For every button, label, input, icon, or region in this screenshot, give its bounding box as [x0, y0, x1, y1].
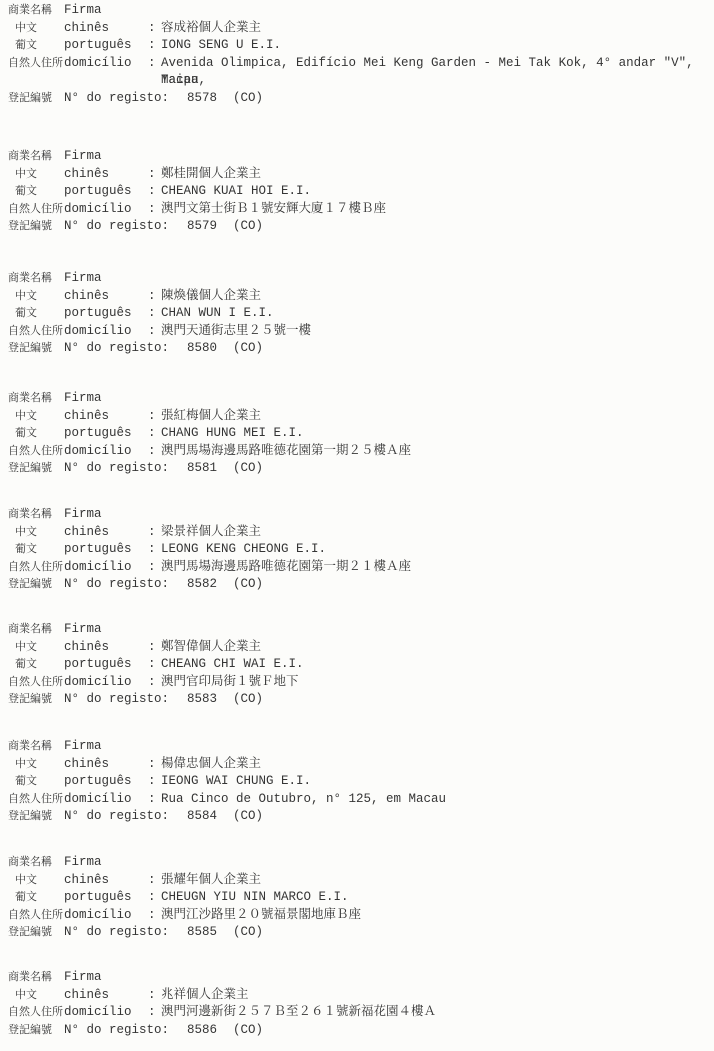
firma-label-zh: 商業名稱	[8, 855, 64, 873]
domicile-label-pt: domicílio	[64, 201, 148, 219]
colon-separator: :	[148, 408, 161, 426]
firma-label-zh: 商業名稱	[8, 149, 64, 167]
domicile-value: 澳門河邊新街２５７Ｂ至２６１號新福花園４樓Ａ	[161, 1004, 710, 1022]
registry-entry: 商業名稱 Firma 中文 chinês : 兆祥個人企業主 自然人住所 dom…	[8, 969, 710, 1039]
registry-number-row: 登記編號 N° do registo: 8581 (CO)	[8, 460, 710, 478]
colon-separator: :	[148, 987, 161, 1005]
registry-document-page: 商業名稱 Firma 中文 chinês : 容成裕個人企業主 葡文 portu…	[0, 0, 714, 1051]
domicile-label-pt: domicílio	[64, 674, 148, 692]
portuguese-name-value: IEONG WAI CHUNG E.I.	[161, 773, 710, 791]
portuguese-name-row: 葡文 português : IONG SENG U E.I.	[8, 37, 710, 55]
portuguese-name-value: CHEANG KUAI HOI E.I.	[161, 183, 710, 201]
registry-number-row: 登記編號 N° do registo: 8579 (CO)	[8, 218, 710, 236]
colon-separator: :	[148, 541, 161, 559]
portuguese-label-pt: português	[64, 425, 148, 443]
firma-row: 商業名稱 Firma	[8, 969, 710, 987]
chinese-name-value: 鄭桂開個人企業主	[161, 166, 710, 184]
firma-row: 商業名稱 Firma	[8, 854, 710, 872]
colon-separator: :	[148, 639, 161, 657]
registry-number-value: 8578	[187, 90, 217, 108]
domicile-label-pt: domicílio	[64, 323, 148, 341]
colon-separator: :	[148, 524, 161, 542]
chinese-label-zh: 中文	[8, 409, 64, 427]
domicile-row: 自然人住所 domicílio : 澳門馬場海邊馬路唯德花園第一期２５樓Ａ座	[8, 443, 710, 461]
registry-label-pt: N° do registo:	[64, 218, 169, 236]
domicile-continuation-row: Macau	[8, 72, 710, 90]
colon-separator: :	[148, 20, 161, 38]
chinese-name-value: 鄭智偉個人企業主	[161, 639, 710, 657]
domicile-value: Rua Cinco de Outubro, n° 125, em Macau	[161, 791, 710, 809]
domicile-label-pt: domicílio	[64, 55, 148, 73]
colon-separator: :	[148, 55, 161, 73]
domicile-value: 澳門馬場海邊馬路唯德花園第一期２５樓Ａ座	[161, 443, 710, 461]
registry-number-value: 8584	[187, 808, 217, 826]
registry-label-zh: 登記編號	[8, 577, 64, 595]
portuguese-name-value: CHAN WUN I E.I.	[161, 305, 710, 323]
registry-entry: 商業名稱 Firma 中文 chinês : 梁景祥個人企業主 葡文 portu…	[8, 506, 710, 594]
colon-separator: :	[148, 907, 161, 925]
firma-label-pt: Firma	[64, 738, 148, 756]
chinese-name-value: 容成裕個人企業主	[161, 20, 710, 38]
chinese-name-row: 中文 chinês : 楊偉忠個人企業主	[8, 756, 710, 774]
domicile-row: 自然人住所 domicílio : Avenida Olimpica, Edif…	[8, 55, 710, 73]
chinese-label-zh: 中文	[8, 21, 64, 39]
colon-separator: :	[148, 288, 161, 306]
domicile-label-zh: 自然人住所	[8, 675, 64, 693]
firma-label-pt: Firma	[64, 506, 148, 524]
chinese-name-row: 中文 chinês : 鄭智偉個人企業主	[8, 639, 710, 657]
firma-label-pt: Firma	[64, 270, 148, 288]
chinese-label-zh: 中文	[8, 988, 64, 1006]
firma-row: 商業名稱 Firma	[8, 738, 710, 756]
registry-suffix: (CO)	[233, 460, 263, 478]
registry-number-row: 登記編號 N° do registo: 8586 (CO)	[8, 1022, 710, 1040]
firma-row: 商業名稱 Firma	[8, 148, 710, 166]
chinese-label-pt: chinês	[64, 756, 148, 774]
colon-separator: :	[148, 872, 161, 890]
firma-label-pt: Firma	[64, 148, 148, 166]
firma-row: 商業名稱 Firma	[8, 270, 710, 288]
domicile-value: 澳門江沙路里２０號福景閣地庫Ｂ座	[161, 907, 710, 925]
registry-label-pt: N° do registo:	[64, 340, 169, 358]
chinese-name-value: 梁景祥個人企業主	[161, 524, 710, 542]
portuguese-name-row: 葡文 português : CHEUGN YIU NIN MARCO E.I.	[8, 889, 710, 907]
portuguese-label-pt: português	[64, 37, 148, 55]
chinese-label-zh: 中文	[8, 525, 64, 543]
portuguese-name-row: 葡文 português : IEONG WAI CHUNG E.I.	[8, 773, 710, 791]
portuguese-name-value: IONG SENG U E.I.	[161, 37, 710, 55]
portuguese-name-row: 葡文 português : CHEANG KUAI HOI E.I.	[8, 183, 710, 201]
portuguese-label-zh: 葡文	[8, 774, 64, 792]
registry-entry: 商業名稱 Firma 中文 chinês : 楊偉忠個人企業主 葡文 portu…	[8, 738, 710, 826]
registry-entry: 商業名稱 Firma 中文 chinês : 陳煥儀個人企業主 葡文 portu…	[8, 270, 710, 358]
portuguese-label-pt: português	[64, 183, 148, 201]
domicile-label-pt: domicílio	[64, 791, 148, 809]
domicile-label-zh: 自然人住所	[8, 560, 64, 578]
portuguese-name-row: 葡文 português : CHEANG CHI WAI E.I.	[8, 656, 710, 674]
registry-suffix: (CO)	[233, 1022, 263, 1040]
registry-number-row: 登記編號 N° do registo: 8580 (CO)	[8, 340, 710, 358]
domicile-label-zh: 自然人住所	[8, 908, 64, 926]
portuguese-label-zh: 葡文	[8, 657, 64, 675]
portuguese-name-value: LEONG KENG CHEONG E.I.	[161, 541, 710, 559]
registry-label-pt: N° do registo:	[64, 1022, 169, 1040]
colon-separator: :	[148, 305, 161, 323]
colon-separator: :	[148, 1004, 161, 1022]
portuguese-name-row: 葡文 português : LEONG KENG CHEONG E.I.	[8, 541, 710, 559]
chinese-name-value: 張耀年個人企業主	[161, 872, 710, 890]
portuguese-label-pt: português	[64, 656, 148, 674]
chinese-label-zh: 中文	[8, 757, 64, 775]
firma-label-pt: Firma	[64, 969, 148, 987]
chinese-label-pt: chinês	[64, 20, 148, 38]
chinese-label-pt: chinês	[64, 524, 148, 542]
chinese-label-pt: chinês	[64, 408, 148, 426]
chinese-name-row: 中文 chinês : 張紅梅個人企業主	[8, 408, 710, 426]
registry-number-value: 8579	[187, 218, 217, 236]
registry-suffix: (CO)	[233, 218, 263, 236]
portuguese-name-row: 葡文 português : CHAN WUN I E.I.	[8, 305, 710, 323]
domicile-label-zh: 自然人住所	[8, 202, 64, 220]
domicile-row: 自然人住所 domicílio : 澳門官印局街１號Ｆ地下	[8, 674, 710, 692]
chinese-label-zh: 中文	[8, 167, 64, 185]
chinese-name-value: 張紅梅個人企業主	[161, 408, 710, 426]
registry-entry: 商業名稱 Firma 中文 chinês : 鄭智偉個人企業主 葡文 portu…	[8, 621, 710, 709]
domicile-label-pt: domicílio	[64, 559, 148, 577]
domicile-label-zh: 自然人住所	[8, 792, 64, 810]
portuguese-label-zh: 葡文	[8, 426, 64, 444]
colon-separator: :	[148, 889, 161, 907]
chinese-name-row: 中文 chinês : 陳煥儀個人企業主	[8, 288, 710, 306]
portuguese-label-pt: português	[64, 773, 148, 791]
chinese-label-pt: chinês	[64, 987, 148, 1005]
chinese-label-pt: chinês	[64, 639, 148, 657]
registry-label-zh: 登記編號	[8, 1023, 64, 1041]
domicile-value: 澳門馬場海邊馬路唯德花園第一期２１樓Ａ座	[161, 559, 710, 577]
portuguese-label-zh: 葡文	[8, 38, 64, 56]
firma-row: 商業名稱 Firma	[8, 390, 710, 408]
domicile-value: 澳門天通街志里２５號一樓	[161, 323, 710, 341]
registry-label-zh: 登記編號	[8, 925, 64, 943]
portuguese-label-zh: 葡文	[8, 890, 64, 908]
domicile-value: 澳門官印局街１號Ｆ地下	[161, 674, 710, 692]
portuguese-name-value: CHANG HUNG MEI E.I.	[161, 425, 710, 443]
registry-label-zh: 登記編號	[8, 341, 64, 359]
colon-separator: :	[148, 166, 161, 184]
domicile-row: 自然人住所 domicílio : 澳門江沙路里２０號福景閣地庫Ｂ座	[8, 907, 710, 925]
registry-number-value: 8586	[187, 1022, 217, 1040]
portuguese-name-value: CHEUGN YIU NIN MARCO E.I.	[161, 889, 710, 907]
domicile-label-pt: domicílio	[64, 1004, 148, 1022]
registry-suffix: (CO)	[233, 924, 263, 942]
portuguese-label-zh: 葡文	[8, 306, 64, 324]
chinese-name-row: 中文 chinês : 張耀年個人企業主	[8, 872, 710, 890]
firma-label-zh: 商業名稱	[8, 3, 64, 21]
chinese-label-zh: 中文	[8, 873, 64, 891]
chinese-label-zh: 中文	[8, 289, 64, 307]
registry-number-row: 登記編號 N° do registo: 8582 (CO)	[8, 576, 710, 594]
portuguese-name-row: 葡文 português : CHANG HUNG MEI E.I.	[8, 425, 710, 443]
chinese-label-zh: 中文	[8, 640, 64, 658]
chinese-name-row: 中文 chinês : 兆祥個人企業主	[8, 987, 710, 1005]
registry-number-row: 登記編號 N° do registo: 8583 (CO)	[8, 691, 710, 709]
registry-suffix: (CO)	[233, 691, 263, 709]
registry-suffix: (CO)	[233, 90, 263, 108]
domicile-label-zh: 自然人住所	[8, 444, 64, 462]
registry-suffix: (CO)	[233, 576, 263, 594]
domicile-row: 自然人住所 domicílio : 澳門天通街志里２５號一樓	[8, 323, 710, 341]
registry-number-value: 8585	[187, 924, 217, 942]
firma-label-pt: Firma	[64, 390, 148, 408]
colon-separator: :	[148, 201, 161, 219]
firma-label-zh: 商業名稱	[8, 739, 64, 757]
colon-separator: :	[148, 791, 161, 809]
colon-separator: :	[148, 773, 161, 791]
domicile-label-pt: domicílio	[64, 907, 148, 925]
chinese-label-pt: chinês	[64, 872, 148, 890]
registry-label-zh: 登記編號	[8, 91, 64, 109]
registry-number-value: 8580	[187, 340, 217, 358]
portuguese-label-zh: 葡文	[8, 184, 64, 202]
firma-label-zh: 商業名稱	[8, 271, 64, 289]
registry-entry: 商業名稱 Firma 中文 chinês : 張耀年個人企業主 葡文 portu…	[8, 854, 710, 942]
colon-separator: :	[148, 183, 161, 201]
registry-number-row: 登記編號 N° do registo: 8584 (CO)	[8, 808, 710, 826]
registry-suffix: (CO)	[233, 808, 263, 826]
chinese-name-value: 楊偉忠個人企業主	[161, 756, 710, 774]
domicile-label-zh: 自然人住所	[8, 56, 64, 74]
registry-label-pt: N° do registo:	[64, 460, 169, 478]
registry-entry: 商業名稱 Firma 中文 chinês : 容成裕個人企業主 葡文 portu…	[8, 2, 710, 108]
firma-row: 商業名稱 Firma	[8, 506, 710, 524]
registry-label-pt: N° do registo:	[64, 576, 169, 594]
registry-label-zh: 登記編號	[8, 461, 64, 479]
colon-separator: :	[148, 37, 161, 55]
registry-number-value: 8582	[187, 576, 217, 594]
firma-label-zh: 商業名稱	[8, 970, 64, 988]
registry-label-pt: N° do registo:	[64, 808, 169, 826]
chinese-name-row: 中文 chinês : 梁景祥個人企業主	[8, 524, 710, 542]
colon-separator: :	[148, 559, 161, 577]
domicile-label-pt: domicílio	[64, 443, 148, 461]
firma-row: 商業名稱 Firma	[8, 2, 710, 20]
registry-entry: 商業名稱 Firma 中文 chinês : 鄭桂開個人企業主 葡文 portu…	[8, 148, 710, 236]
firma-label-zh: 商業名稱	[8, 391, 64, 409]
registry-label-zh: 登記編號	[8, 809, 64, 827]
domicile-row: 自然人住所 domicílio : 澳門馬場海邊馬路唯德花園第一期２１樓Ａ座	[8, 559, 710, 577]
domicile-value-line2: Macau	[161, 72, 710, 90]
domicile-row: 自然人住所 domicílio : Rua Cinco de Outubro, …	[8, 791, 710, 809]
colon-separator: :	[148, 756, 161, 774]
domicile-label-zh: 自然人住所	[8, 1005, 64, 1023]
firma-label-pt: Firma	[64, 2, 148, 20]
registry-label-pt: N° do registo:	[64, 691, 169, 709]
chinese-name-row: 中文 chinês : 鄭桂開個人企業主	[8, 166, 710, 184]
firma-row: 商業名稱 Firma	[8, 621, 710, 639]
domicile-value: 澳門文第士街Ｂ１號安輝大廈１７樓Ｂ座	[161, 201, 710, 219]
colon-separator: :	[148, 443, 161, 461]
chinese-name-value: 兆祥個人企業主	[161, 987, 710, 1005]
firma-label-zh: 商業名稱	[8, 507, 64, 525]
firma-label-zh: 商業名稱	[8, 622, 64, 640]
portuguese-name-value: CHEANG CHI WAI E.I.	[161, 656, 710, 674]
domicile-row: 自然人住所 domicílio : 澳門文第士街Ｂ１號安輝大廈１７樓Ｂ座	[8, 201, 710, 219]
colon-separator: :	[148, 656, 161, 674]
registry-number-value: 8581	[187, 460, 217, 478]
registry-label-zh: 登記編號	[8, 219, 64, 237]
registry-suffix: (CO)	[233, 340, 263, 358]
registry-label-pt: N° do registo:	[64, 90, 169, 108]
registry-label-zh: 登記編號	[8, 692, 64, 710]
colon-separator: :	[148, 323, 161, 341]
firma-label-pt: Firma	[64, 854, 148, 872]
chinese-name-value: 陳煥儀個人企業主	[161, 288, 710, 306]
chinese-label-pt: chinês	[64, 166, 148, 184]
colon-separator: :	[148, 674, 161, 692]
chinese-label-pt: chinês	[64, 288, 148, 306]
registry-entry: 商業名稱 Firma 中文 chinês : 張紅梅個人企業主 葡文 portu…	[8, 390, 710, 478]
registry-label-pt: N° do registo:	[64, 924, 169, 942]
portuguese-label-pt: português	[64, 541, 148, 559]
registry-number-row: 登記編號 N° do registo: 8585 (CO)	[8, 924, 710, 942]
registry-number-row: 登記編號 N° do registo: 8578 (CO)	[8, 90, 710, 108]
portuguese-label-pt: português	[64, 305, 148, 323]
portuguese-label-pt: português	[64, 889, 148, 907]
portuguese-label-zh: 葡文	[8, 542, 64, 560]
chinese-name-row: 中文 chinês : 容成裕個人企業主	[8, 20, 710, 38]
firma-label-pt: Firma	[64, 621, 148, 639]
domicile-row: 自然人住所 domicílio : 澳門河邊新街２５７Ｂ至２６１號新福花園４樓Ａ	[8, 1004, 710, 1022]
colon-separator: :	[148, 425, 161, 443]
registry-number-value: 8583	[187, 691, 217, 709]
domicile-label-zh: 自然人住所	[8, 324, 64, 342]
